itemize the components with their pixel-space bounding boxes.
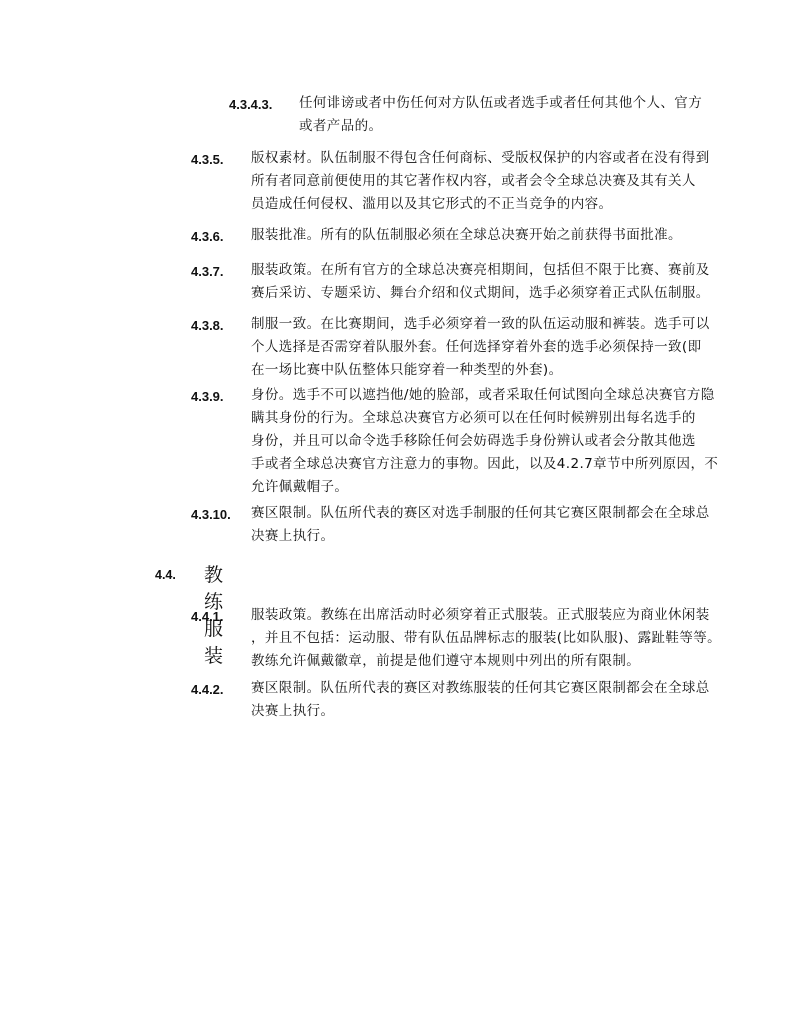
clause-text: 服装政策。教练在出席活动时必须穿着正式服装。正式服装应为商业休闲装 ，并且不包括… — [251, 604, 721, 673]
clause-number: 4.3.7. — [191, 264, 224, 279]
clause-number: 4.4.2. — [191, 682, 224, 697]
clause-text: 赛区限制。队伍所代表的赛区对选手制服的任何其它赛区限制都会在全球总 决赛上执行。 — [251, 502, 710, 548]
clause-text: 版权素材。队伍制服不得包含任何商标、受版权保护的内容或者在没有得到 所有者同意前… — [251, 147, 710, 216]
clause-text: 任何诽谤或者中伤任何对方队伍或者选手或者任何其他个人、官方 或者产品的。 — [299, 92, 702, 138]
clause-number: 4.3.5. — [191, 152, 224, 167]
clause-number: 4.4.1. — [191, 609, 224, 624]
section-number: 4.4. — [155, 568, 176, 582]
clause-number: 4.3.6. — [191, 229, 224, 244]
clause-number: 4.3.8. — [191, 318, 224, 333]
clause-text: 服装批准。所有的队伍制服必须在全球总决赛开始之前获得书面批准。 — [251, 224, 682, 247]
clause-text: 身份。选手不可以遮挡他/她的脸部，或者采取任何试图向全球总决赛官方隐 瞒其身份的… — [251, 384, 718, 499]
clause-text: 制服一致。在比赛期间，选手必须穿着一致的队伍运动服和裤装。选手可以 个人选择是否… — [251, 313, 710, 382]
clause-number: 4.3.10. — [191, 507, 231, 522]
clause-number: 4.3.9. — [191, 389, 224, 404]
clause-number: 4.3.4.3. — [229, 97, 272, 112]
clause-text: 服装政策。在所有官方的全球总决赛亮相期间，包括但不限于比赛、赛前及 赛后采访、专… — [251, 259, 710, 305]
clause-text: 赛区限制。队伍所代表的赛区对教练服装的任何其它赛区限制都会在全球总 决赛上执行。 — [251, 677, 710, 723]
